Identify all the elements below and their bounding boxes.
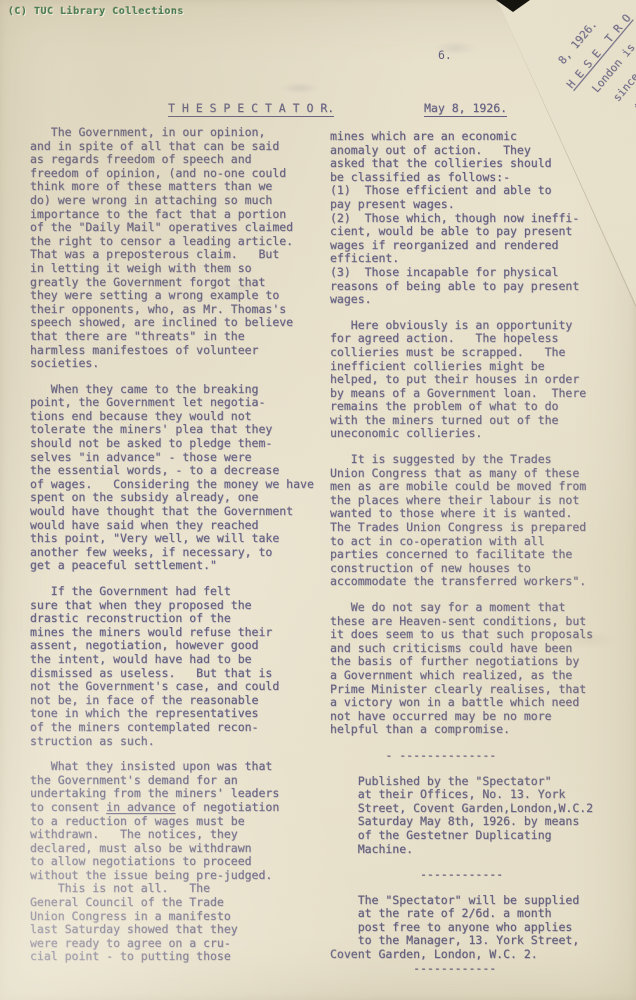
- paragraph: The Government, in our opinion, and in s…: [30, 126, 326, 371]
- paragraph: What they insisted upon was that the Gov…: [30, 760, 326, 964]
- scanned-document-page: 8, 1926.H E S E T R O London is since th…: [0, 0, 636, 1000]
- paragraph: If the Government had felt sure that whe…: [30, 585, 326, 748]
- typed-divider: - --------------: [330, 749, 632, 763]
- underlined-phrase: in advance: [106, 800, 175, 814]
- typed-divider: ------------: [330, 868, 632, 882]
- paragraph: mines which are an economic anomaly out …: [330, 130, 632, 307]
- page-number: 6.: [438, 48, 452, 62]
- left-text-column: The Government, in our opinion, and in s…: [30, 126, 326, 976]
- fold-notch-mark: [496, 0, 530, 12]
- paragraph: Published by the "Spectator" at their Of…: [330, 775, 632, 857]
- document-title: T H E S P E C T A T O R.: [168, 101, 334, 117]
- copyright-watermark: (C) TUC Library Collections: [8, 6, 184, 17]
- paragraph: We do not say for a moment that these ar…: [330, 601, 632, 737]
- right-text-column: mines which are an economic anomaly out …: [330, 130, 632, 987]
- paragraph: The "Spectator" will be supplied at the …: [330, 894, 632, 976]
- paragraph: Here obviously is an opportunity for agr…: [330, 319, 632, 441]
- paragraph: When they came to the breaking point, th…: [30, 383, 326, 573]
- paragraph: It is suggested by the Trades Union Cong…: [330, 453, 632, 589]
- underlying-page-text-fragment: 8, 1926.H E S E T R O London is since th…: [544, 0, 636, 137]
- document-date: May 8, 1926.: [424, 101, 507, 117]
